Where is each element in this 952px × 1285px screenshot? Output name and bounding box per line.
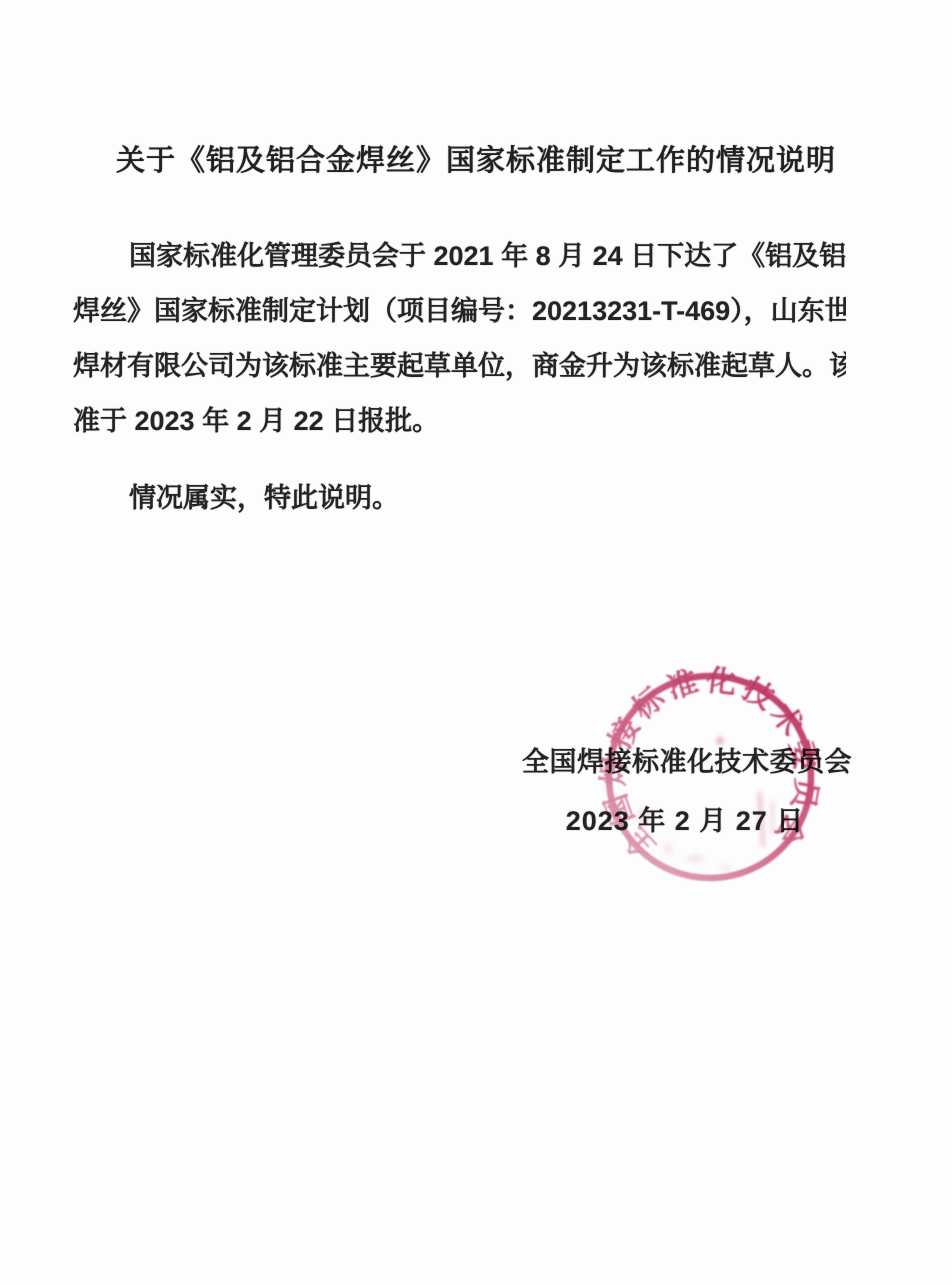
paragraph-line: 准于 2023 年 2 月 22 日报批。 <box>73 394 846 449</box>
document-title: 关于《铝及铝合金焊丝》国家标准制定工作的情况说明 <box>0 138 952 179</box>
signature-block: 全国焊接标准化技术委员会 2023 年 2 月 27 日 <box>522 744 848 838</box>
body-paragraph-2: 情况属实，特此说明。 <box>73 471 846 526</box>
body-paragraph-1: 国家标准化管理委员会于 2021 年 8 月 24 日下达了《铝及铝合金 焊丝》… <box>73 229 846 449</box>
paragraph-line: 焊材有限公司为该标准主要起草单位，商金升为该标准起草人。该标 <box>73 339 846 394</box>
paragraph-line: 焊丝》国家标准制定计划（项目编号：20213231-T-469），山东世商 <box>73 284 846 339</box>
signature-date: 2023 年 2 月 27 日 <box>522 804 848 838</box>
document-page: 关于《铝及铝合金焊丝》国家标准制定工作的情况说明 国家标准化管理委员会于 202… <box>0 0 952 1285</box>
signature-organization: 全国焊接标准化技术委员会 <box>522 744 848 780</box>
paragraph-line: 国家标准化管理委员会于 2021 年 8 月 24 日下达了《铝及铝合金 <box>73 229 846 284</box>
